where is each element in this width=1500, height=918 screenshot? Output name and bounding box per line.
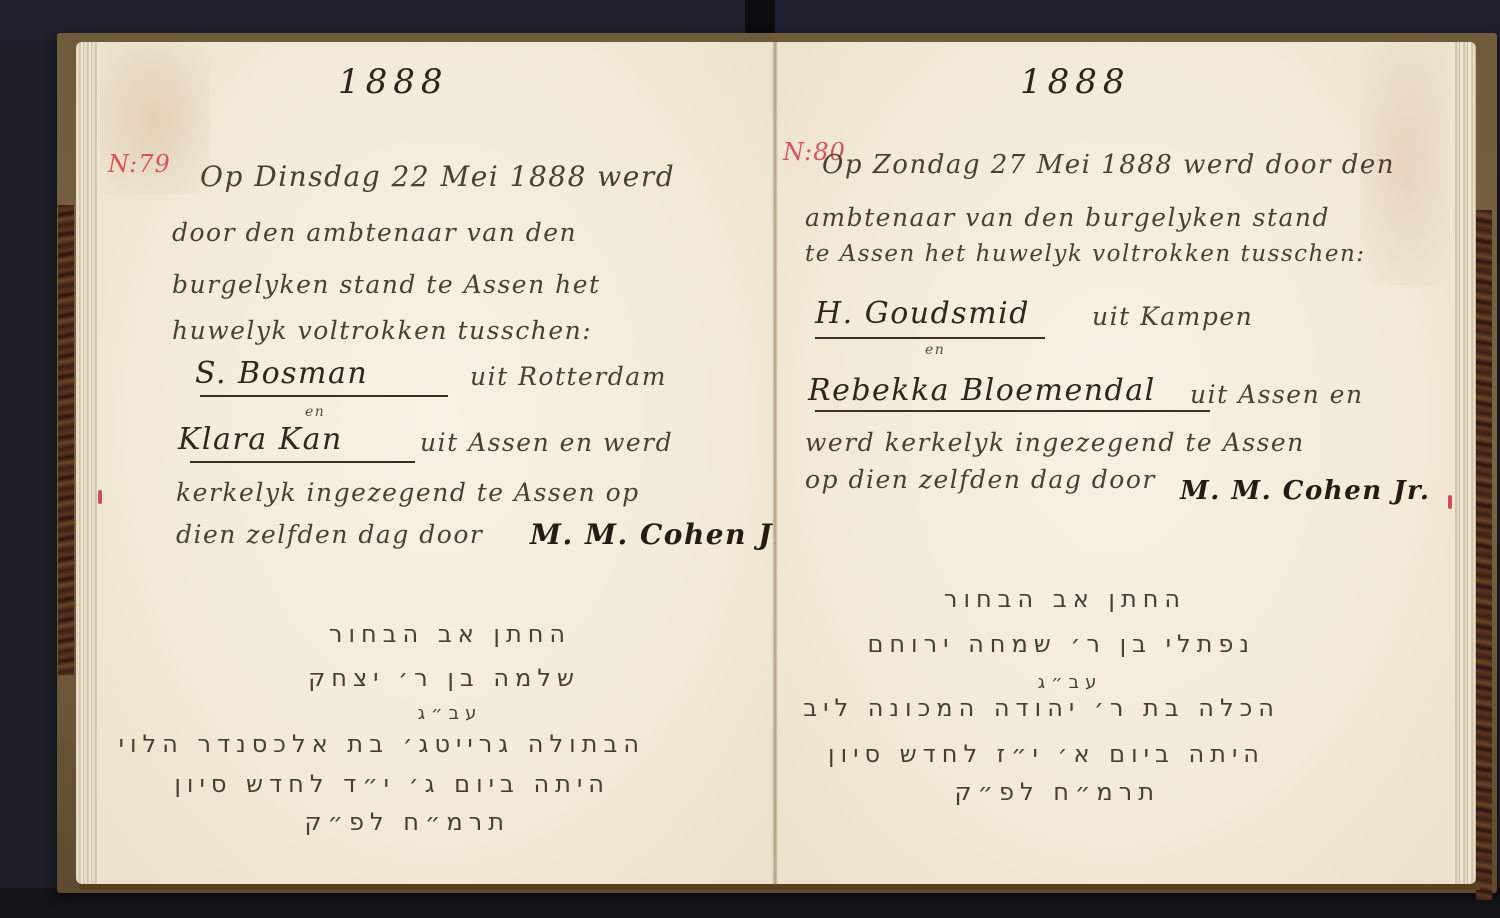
- left-bride-name: Klara Kan: [178, 422, 343, 457]
- right-hebrew-line-3: עב״ג: [1020, 672, 1120, 693]
- right-groom-underline: [815, 337, 1045, 339]
- left-closing-line-1: kerkelyk ingezegend te Assen op: [176, 478, 640, 507]
- left-hebrew-line-2: שלמה בן ר׳ יצחק: [320, 664, 580, 692]
- spine-fold: [772, 42, 778, 884]
- left-groom-underline: [200, 395, 448, 397]
- red-ink-mark: [98, 490, 102, 504]
- left-groom-name: S. Bosman: [195, 356, 368, 391]
- right-line-1: Op Zondag 27 Mei 1888 werd door den: [822, 150, 1395, 180]
- left-hebrew-line-3: עב״ג: [400, 703, 500, 724]
- right-closing-line-2: op dien zelfden dag door: [805, 465, 1156, 494]
- left-line-1: Op Dinsdag 22 Mei 1888 werd: [200, 160, 675, 193]
- right-year-header: 1888: [1020, 62, 1131, 102]
- right-hebrew-line-1: החתן אב הבחור: [905, 585, 1225, 613]
- left-line-3: burgelyken stand te Assen het: [172, 270, 601, 299]
- right-bride-underline: [815, 410, 1210, 412]
- left-connector: en: [305, 404, 325, 420]
- left-bride-underline: [190, 461, 415, 463]
- marbled-cover-edge-right: [1476, 210, 1492, 900]
- right-hebrew-line-4: הכלה בת ר׳ יהודה המכונה ליב: [820, 694, 1280, 722]
- left-line-4: huwelyk voltrokken tusschen:: [172, 316, 592, 345]
- right-connector: en: [925, 342, 945, 358]
- left-hebrew-line-6: תרמ״ח לפ״ק: [330, 808, 510, 836]
- left-line-2: door den ambtenaar van den: [172, 218, 577, 247]
- page-stack-left: [76, 42, 100, 884]
- red-ink-mark: [1448, 495, 1452, 509]
- right-hebrew-line-5: היתה ביום א׳ י״ז לחדש סיון: [885, 740, 1265, 768]
- left-year-header: 1888: [338, 62, 449, 102]
- left-hebrew-line-5: היתה ביום ג׳ י״ד לחדש סיון: [230, 770, 610, 798]
- page-stack-right: [1452, 42, 1476, 884]
- left-hebrew-line-1: החתן אב הבחור: [300, 620, 600, 648]
- right-bride-name: Rebekka Bloemendal: [808, 373, 1156, 408]
- left-closing-line-2: dien zelfden dag door: [176, 520, 483, 549]
- left-bride-origin: uit Assen en werd: [420, 428, 673, 457]
- right-groom-name: H. Goudsmid: [815, 296, 1030, 331]
- right-line-2: ambtenaar van den burgelyken stand: [805, 203, 1330, 232]
- right-hebrew-line-6: תרמ״ח לפ״ק: [980, 778, 1160, 806]
- left-groom-origin: uit Rotterdam: [470, 362, 667, 391]
- left-entry-number: N:79: [108, 150, 171, 178]
- right-line-3: te Assen het huwelyk voltrokken tusschen…: [805, 241, 1366, 267]
- right-officiant-signature: M. M. Cohen Jr.: [1180, 476, 1430, 506]
- right-bride-origin: uit Assen en: [1190, 380, 1364, 409]
- right-groom-origin: uit Kampen: [1092, 302, 1253, 331]
- left-hebrew-line-4: הבתולה גרייטג׳ בת אלכסנדר הלוי: [175, 730, 645, 758]
- marbled-cover-edge-left: [58, 205, 74, 675]
- right-hebrew-line-2: נפתלי בן ר׳ שמחה ירוחם: [915, 630, 1255, 658]
- left-officiant-signature: M. M. Cohen Jr.: [530, 518, 798, 551]
- right-closing-line-1: werd kerkelyk ingezegend te Assen: [805, 428, 1305, 457]
